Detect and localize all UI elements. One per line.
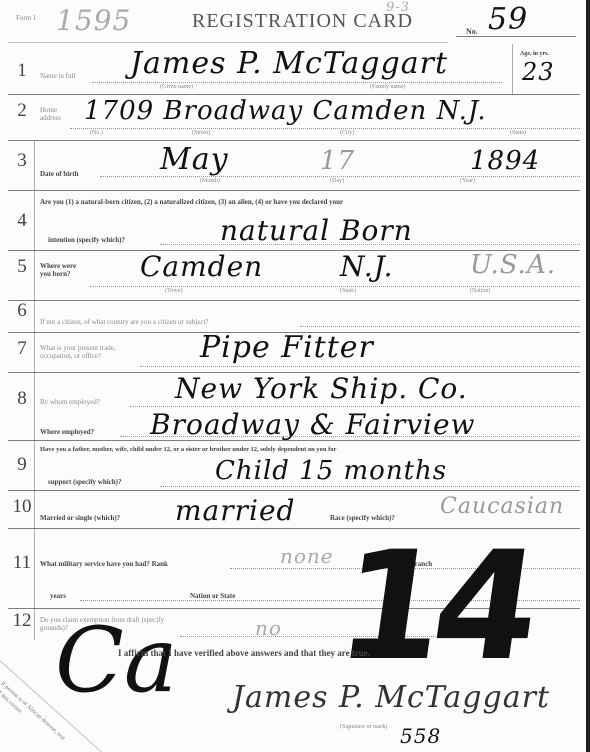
citizenship-label: intention (specify which)? [48, 236, 125, 244]
sub-label: (Nation) [470, 288, 490, 294]
nation-state-label: Nation or State [190, 592, 235, 600]
name-value: James P. McTaggart [130, 46, 448, 81]
row-number-9: 9 [10, 454, 34, 476]
home-address-value: 1709 Broadway Camden N.J. [84, 96, 487, 126]
birthplace-town: Camden [140, 250, 263, 283]
card-edge [586, 0, 590, 752]
sub-label: (State) [510, 130, 526, 136]
dependents-question: Have you a father, mother, wife, child u… [40, 446, 336, 454]
race-value: Caucasian [440, 494, 564, 519]
foreign-citizen-label: If not a citizen, of what country are yo… [40, 318, 209, 326]
row-number-5: 5 [10, 256, 34, 278]
sub-label: (Day) [330, 178, 344, 184]
marital-status-value: married [175, 494, 295, 527]
row-number-8: 8 [10, 388, 34, 410]
marital-status-label: Married or single (which)? [40, 514, 120, 522]
number-column-divider [34, 140, 35, 640]
signature: James P. McTaggart [232, 680, 550, 715]
employer-value: New York Ship. Co. [175, 372, 468, 405]
dependents-label: support (specify which)? [48, 478, 122, 486]
work-place-label: Where employed? [40, 428, 94, 436]
rule [300, 326, 580, 327]
sub-label: (State) [340, 288, 356, 294]
sub-label: (Street) [192, 130, 210, 136]
military-service-value: none [280, 544, 334, 568]
military-service-label: What military service have you had? Rank [40, 560, 168, 568]
sub-label: (Given name) [160, 84, 193, 90]
dob-label: Date of birth [40, 170, 79, 178]
serial-label: No. [466, 28, 478, 36]
row-number-11: 11 [10, 552, 34, 574]
rule [8, 490, 580, 491]
sub-label: (Year) [460, 178, 475, 184]
rule [160, 244, 580, 245]
row-number-6: 6 [10, 300, 34, 322]
birthplace-state: N.J. [340, 250, 394, 283]
dob-year: 1894 [470, 146, 540, 176]
bottom-number: 558 [400, 724, 441, 748]
rule [8, 190, 580, 191]
rule [100, 176, 580, 177]
row-number-3: 3 [10, 150, 34, 172]
age-value: 23 [522, 58, 555, 86]
rule [8, 42, 448, 43]
occupation-label: What is your present trade, occupation, … [40, 344, 140, 360]
card-title: REGISTRATION CARD [192, 10, 413, 33]
dependents-value: Child 15 months [215, 456, 447, 486]
occupation-value: Pipe Fitter [200, 330, 374, 365]
age-label: Age, in yrs. [520, 50, 549, 58]
dob-day: 17 [320, 146, 355, 176]
row-number-4: 4 [10, 210, 34, 232]
rule [8, 440, 580, 441]
large-initials-annotation: Ca [55, 608, 178, 713]
registration-card: Form 1 1595 REGISTRATION CARD 9-3 No. 59… [0, 0, 590, 752]
form-number: 1595 [56, 4, 131, 37]
serial-number: 59 [488, 2, 528, 37]
row-number-1: 1 [10, 60, 34, 82]
name-label: Name in full [40, 72, 75, 80]
divider [512, 44, 513, 94]
citizenship-value: natural Born [220, 214, 413, 247]
affirmation-text: I affirm that I have verified above answ… [118, 648, 370, 658]
rule [70, 128, 580, 129]
serial-underline [456, 36, 576, 37]
rule [8, 94, 580, 95]
signature-label: (Signature or mark) [340, 724, 387, 730]
form-label: Form 1 [16, 14, 36, 22]
rule [130, 406, 580, 407]
birthplace-label: Where were you born? [40, 262, 80, 278]
dob-month: May [160, 142, 229, 177]
rule [160, 486, 580, 487]
rule [92, 82, 502, 83]
title-annotation: 9-3 [386, 0, 410, 15]
rule [8, 300, 580, 301]
sub-label: (Month) [200, 178, 220, 184]
row-number-10: 10 [10, 496, 34, 518]
citizenship-question: Are you (1) a natural-born citizen, (2) … [40, 198, 343, 206]
rule [140, 366, 580, 367]
employer-label: By whom employed? [40, 398, 100, 406]
rule [8, 140, 580, 141]
row-number-7: 7 [10, 338, 34, 360]
home-address-label: Home address [40, 106, 68, 122]
sub-label: (City) [340, 130, 354, 136]
row-number-12: 12 [10, 610, 34, 632]
years-label: years [50, 592, 66, 600]
large-number-annotation: 14 [328, 520, 541, 694]
rule [90, 286, 580, 287]
rule [120, 436, 580, 437]
sub-label: (No.) [90, 130, 103, 136]
birthplace-nation: U.S.A. [470, 250, 556, 280]
sub-label: (Town) [165, 288, 183, 294]
row-number-2: 2 [10, 100, 34, 122]
sub-label: (Family name) [370, 84, 406, 90]
